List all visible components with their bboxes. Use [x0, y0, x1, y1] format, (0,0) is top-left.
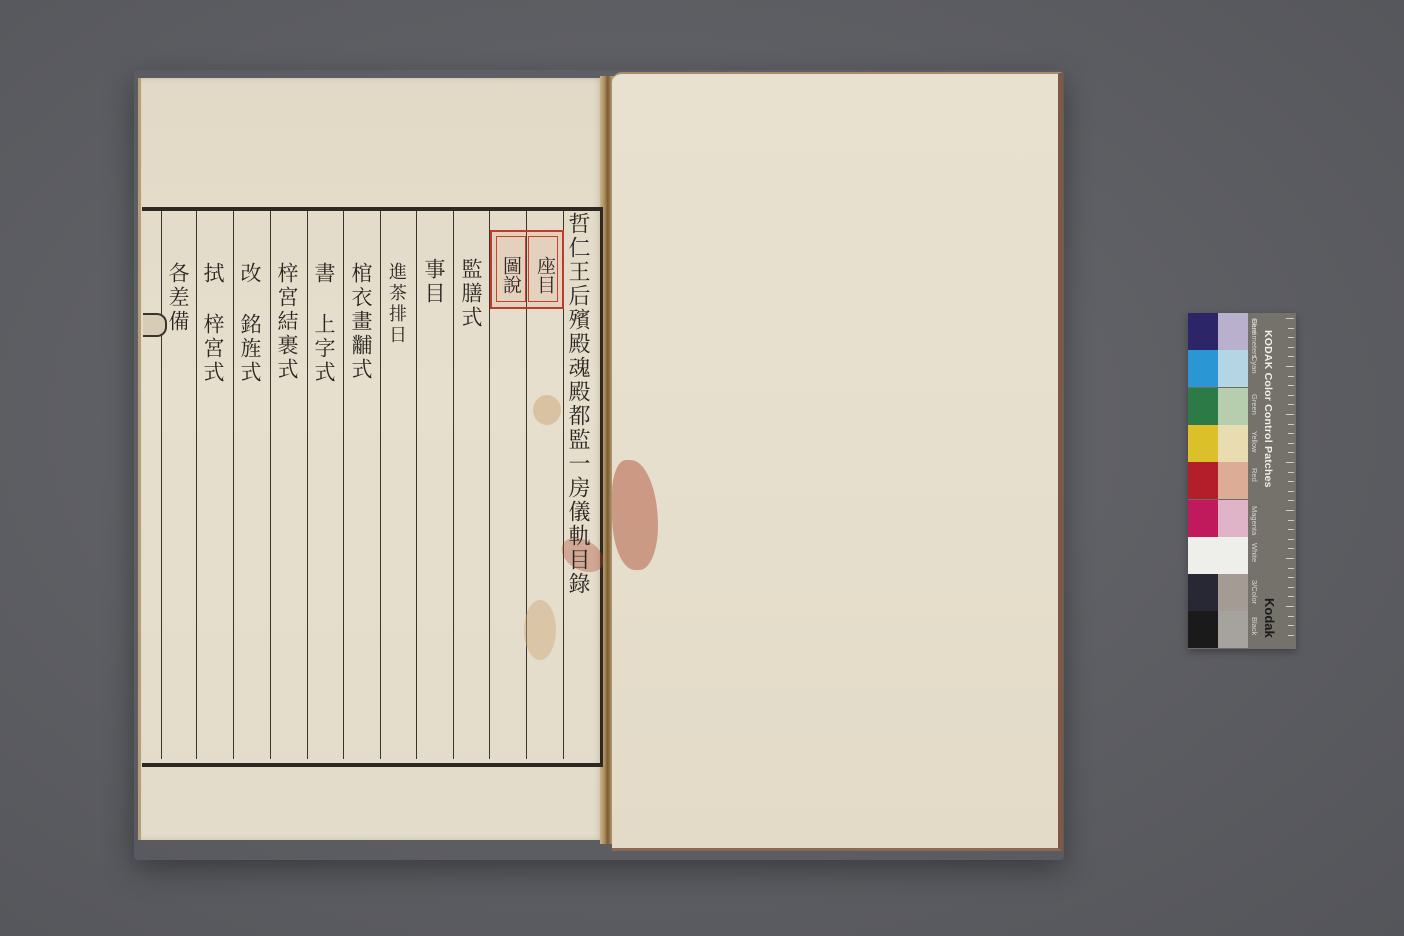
ruler-tick — [1288, 577, 1294, 578]
toc-entry: 進茶排日 — [387, 262, 405, 346]
document-title: 哲仁王后殯殿魂殿都監一房儀軌目錄 — [566, 212, 588, 596]
ruler-tick — [1288, 424, 1294, 425]
column-rule — [453, 211, 454, 759]
ruler-tick — [1288, 433, 1294, 434]
ruler-tick — [1286, 606, 1294, 607]
seal-label-1: 座目 — [532, 256, 559, 294]
patch-label: Green — [1250, 394, 1259, 415]
color-patch — [1218, 350, 1248, 387]
color-patch — [1188, 537, 1248, 574]
ruler-tick — [1288, 625, 1294, 626]
water-stain — [533, 395, 561, 425]
ruler-tick — [1286, 366, 1294, 367]
patch-label: Red — [1250, 468, 1259, 482]
ruler-tick — [1286, 462, 1294, 463]
ruler-tick — [1288, 385, 1294, 386]
card-title: KODAK Color Control Patches — [1262, 330, 1274, 488]
ruler-tick — [1288, 520, 1294, 521]
column-rule — [416, 211, 417, 759]
seal-label-2: 圖說 — [498, 256, 525, 294]
column-rule — [196, 211, 197, 759]
color-patch — [1188, 425, 1218, 462]
ruler-tick — [1288, 376, 1294, 377]
color-patch — [1218, 462, 1248, 499]
water-stain — [524, 600, 556, 660]
kodak-logo: Kodak — [1262, 598, 1277, 638]
column-rule — [343, 211, 344, 759]
ruler-tick — [1288, 395, 1294, 396]
ruler-tick — [1288, 596, 1294, 597]
ruler-tick — [1288, 347, 1294, 348]
patch-label: Cyan — [1250, 356, 1259, 374]
ruler-tick — [1288, 481, 1294, 482]
toc-entry: 改 銘旌式 — [239, 262, 260, 385]
color-patch — [1188, 388, 1218, 425]
right-page — [612, 72, 1063, 851]
ruler-tick — [1288, 539, 1294, 540]
ruler-tick — [1286, 510, 1294, 511]
ruler-tick — [1286, 414, 1294, 415]
color-patch — [1218, 611, 1248, 648]
ruler-tick — [1288, 548, 1294, 549]
color-patch — [1218, 500, 1248, 537]
color-patch — [1218, 425, 1248, 462]
patch-label: Magenta — [1250, 506, 1259, 535]
toc-entry: 梓宮結裹式 — [276, 262, 297, 382]
ruler-tick — [1288, 635, 1294, 636]
ruler-tick — [1288, 500, 1294, 501]
ruler-tick — [1288, 328, 1294, 329]
column-rule — [161, 211, 162, 759]
ruler-tick — [1288, 587, 1294, 588]
ruler-tick — [1288, 356, 1294, 357]
ruler-tick — [1288, 452, 1294, 453]
ruler-tick — [1288, 443, 1294, 444]
ruler-tick — [1286, 558, 1294, 559]
column-rule — [380, 211, 381, 759]
column-rule — [307, 211, 308, 759]
toc-entry: 各差備 — [167, 262, 188, 334]
ruler-tick — [1288, 404, 1294, 405]
color-patch — [1188, 462, 1218, 499]
patch-label: White — [1250, 543, 1259, 562]
color-patch — [1218, 313, 1248, 350]
ruler-tick — [1288, 529, 1294, 530]
red-seal: 座目 圖說 — [490, 230, 564, 309]
ruler-tick — [1288, 491, 1294, 492]
column-rule — [270, 211, 271, 759]
toc-entry: 棺衣畫黼式 — [350, 262, 371, 382]
color-patch — [1188, 611, 1218, 648]
ruler-tick — [1288, 337, 1294, 338]
color-patch — [1218, 388, 1248, 425]
patch-label: Black — [1250, 617, 1259, 635]
color-patch — [1218, 574, 1248, 611]
patch-label: 3/Color — [1250, 580, 1259, 604]
ruler-tick — [1288, 568, 1294, 569]
ruler-tick — [1288, 616, 1294, 617]
ruler-tick — [1286, 318, 1294, 319]
toc-entry: 拭 梓宮式 — [202, 262, 223, 385]
toc-entry: 事目 — [423, 258, 444, 306]
color-patch — [1188, 500, 1218, 537]
toc-entry: 書 上字式 — [313, 262, 334, 385]
ruler-tick — [1288, 472, 1294, 473]
color-patch — [1188, 574, 1218, 611]
toc-entry: 監膳式 — [460, 258, 481, 330]
patch-label: Blue — [1250, 319, 1259, 334]
color-patch — [1188, 350, 1218, 387]
fish-tail-mark — [143, 313, 167, 337]
patch-label: Yellow — [1250, 431, 1259, 452]
color-patch — [1188, 313, 1218, 350]
column-rule — [233, 211, 234, 759]
